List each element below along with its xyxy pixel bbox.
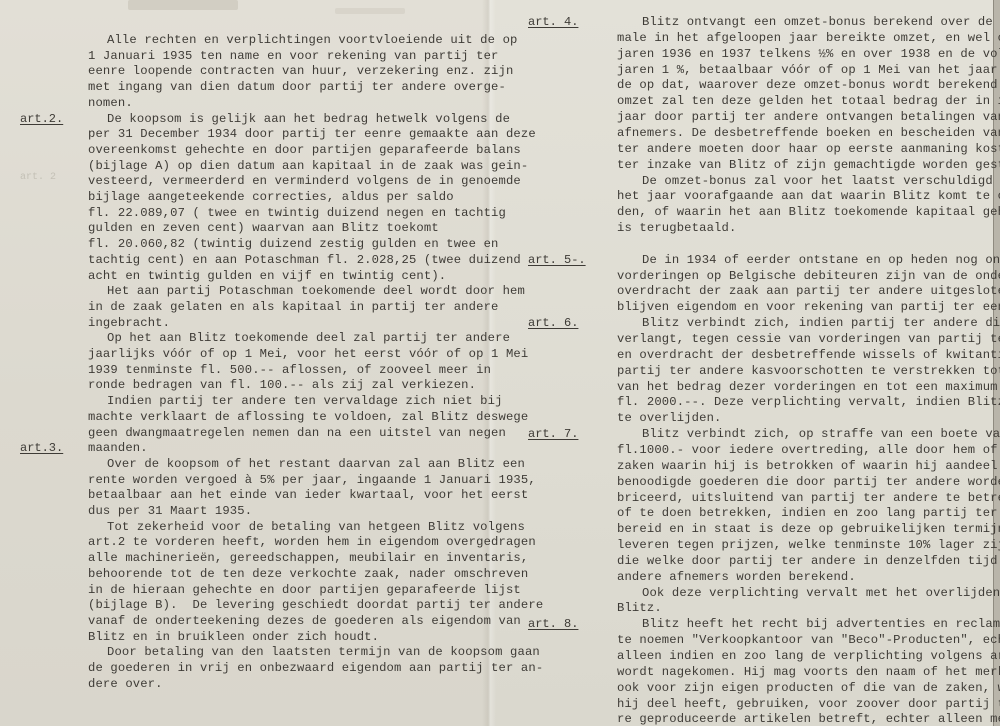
text-line: is terugbetaald.: [617, 222, 736, 234]
text-line: (bijlage B). De levering geschiedt doord…: [88, 599, 543, 611]
text-line: Tot zekerheid voor de betaling van hetge…: [107, 521, 525, 533]
article-label: art.2.: [20, 113, 63, 125]
text-line: eenre loopende contracten van huur, verz…: [88, 65, 513, 77]
text-line: ingebracht.: [88, 317, 170, 329]
text-line: te overlijden.: [617, 412, 722, 424]
text-line: vorderingen op Belgische debiteuren zijn…: [617, 270, 1000, 282]
text-line: alle machinerieën, gereedschappen, meubi…: [88, 552, 528, 564]
text-line: alleen indien en zoo lang de verplichtin…: [617, 650, 1000, 662]
text-line: Blitz heeft het recht bij advertenties e…: [642, 618, 1000, 630]
text-line: Over de koopsom of het restant daarvan z…: [107, 458, 525, 470]
text-line: van het bedrag dezer vorderingen en tot …: [617, 381, 1000, 393]
text-line: art.2 te vorderen heeft, worden hem in e…: [88, 536, 536, 548]
text-line: in de zaak gelaten en als kapitaal in pa…: [88, 301, 499, 313]
text-line: ter andere moeten door haar op eerste aa…: [617, 143, 1000, 155]
text-line: (bijlage A) op dien datum aan kapitaal i…: [88, 160, 528, 172]
text-line: rente worden vergoed à 5% per jaar, inga…: [88, 474, 536, 486]
text-line: Blitz.: [617, 602, 662, 614]
text-line: met ingang van dien datum door partij te…: [88, 81, 506, 93]
text-line: wordt nagekomen. Hij mag voorts den naam…: [617, 666, 1000, 678]
text-line: de goederen in vrij en onbezwaard eigend…: [88, 662, 543, 674]
text-line: benoodigde goederen die door partij ter …: [617, 476, 1000, 488]
article-label: art. 8.: [528, 618, 578, 630]
text-line: Blitz verbindt zich, op straffe van een …: [642, 428, 1000, 440]
text-line: ook voor zijn eigen producten of die van…: [617, 682, 1000, 694]
text-line: te noemen "Verkoopkantoor van "Beco"-Pro…: [617, 634, 1000, 646]
text-line: Alle rechten en verplichtingen voortvloe…: [107, 34, 518, 46]
article-label: art.3.: [20, 442, 63, 454]
text-line: en overdracht der desbetreffende wissels…: [617, 349, 1000, 361]
text-line: in de hieraan gehechte en door partijen …: [88, 584, 521, 596]
text-line: het jaar voorafgaande aan dat waarin Bli…: [617, 190, 1000, 202]
text-line: andere afnemers worden berekend.: [617, 571, 856, 583]
text-line: omzet zal ten deze gelden het totaal bed…: [617, 95, 1000, 107]
text-line: afnemers. De desbetreffende boeken en be…: [617, 127, 1000, 139]
text-line: partij ter andere kasvoorschotten te ver…: [617, 365, 1000, 377]
text-line: overeenkomst gehechte en door partijen g…: [88, 144, 521, 156]
ink-smudge: [128, 0, 238, 10]
text-line: fl. 22.089,07 ( twee en twintig duizend …: [88, 207, 506, 219]
text-line: ronde bedragen van fl. 100.-- als zij za…: [88, 379, 476, 391]
text-line: Indien partij ter andere ten vervaldage …: [107, 395, 503, 407]
text-line: Blitz verbindt zich, indien partij ter a…: [642, 317, 1000, 329]
ink-smudge: [335, 8, 405, 14]
text-line: jaarlijks vóór of op 1 Mei, voor het eer…: [88, 348, 528, 360]
article-label: art. 4.: [528, 16, 578, 28]
text-line: betaalbaar aan het einde van ieder kwart…: [88, 489, 528, 501]
text-line: jaar door partij ter andere ontvangen be…: [617, 111, 1000, 123]
text-line: vanaf de onderteekening dezes de goedere…: [88, 615, 521, 627]
text-line: re geproduceerde artikelen betreft, echt…: [617, 713, 1000, 725]
text-line: den, of waarin het aan Blitz toekomende …: [617, 206, 1000, 218]
text-line: jaren 1 %, betaalbaar vóór of op 1 Mei v…: [617, 64, 1000, 76]
text-line: nomen.: [88, 97, 133, 109]
text-line: acht en twintig gulden en vijf en twinti…: [88, 270, 446, 282]
margin-ghost-mark: art. 2: [20, 172, 56, 183]
text-line: verlangt, tegen cessie van vorderingen v…: [617, 333, 1000, 345]
article-label: art. 6.: [528, 317, 578, 329]
text-line: hij deel heeft, gebruiken, voor zoover d…: [617, 698, 1000, 710]
text-line: zaken waarin hij is betrokken of waarin …: [617, 460, 1000, 472]
article-label: art. 5-.: [528, 254, 586, 266]
text-line: Blitz ontvangt een omzet-bonus berekend …: [642, 16, 1000, 28]
text-line: gulden en zeven cent) waarvan aan Blitz …: [88, 222, 439, 234]
text-line: vesteerd, vermeerderd en verminderd volg…: [88, 175, 521, 187]
text-line: behoorende tot de ten deze verkochte zaa…: [88, 568, 528, 580]
text-line: bijlage aangeteekende correcties, aldus …: [88, 191, 454, 203]
text-line: 1 Januari 1935 ten name en voor rekening…: [88, 50, 499, 62]
text-line: Het aan partij Potaschman toekomende dee…: [107, 285, 525, 297]
text-line: Door betaling van den laatsten termijn v…: [107, 646, 540, 658]
text-line: dus per 31 Maart 1935.: [88, 505, 252, 517]
text-line: tachtig cent) en aan Potaschman fl. 2.02…: [88, 254, 521, 266]
text-line: De koopsom is gelijk aan het bedrag hetw…: [107, 113, 510, 125]
text-line: fl.1000.- voor iedere overtreding, alle …: [617, 444, 1000, 456]
text-line: bereid en in staat is deze op gebruikeli…: [617, 523, 1000, 535]
text-line: machte verklaart de aflossing te voldoen…: [88, 411, 528, 423]
text-line: male in het afgeloopen jaar bereikte omz…: [617, 32, 1000, 44]
text-line: jaren 1936 en 1937 telkens ½% en over 19…: [617, 48, 1000, 60]
text-line: Blitz en in bruikleen onder zich houdt.: [88, 631, 379, 643]
text-line: ter inzake van Blitz of zijn gemachtigde…: [617, 159, 1000, 171]
text-line: dere over.: [88, 678, 163, 690]
text-line: De omzet-bonus zal voor het laatst versc…: [642, 175, 1000, 187]
text-line: maanden.: [88, 442, 148, 454]
article-label: art. 7.: [528, 428, 578, 440]
text-line: de op dat, waarover deze omzet-bonus wor…: [617, 79, 1000, 91]
text-line: of te doen betrekken, indien en zoo lang…: [617, 507, 1000, 519]
text-line: Op het aan Blitz toekomende deel zal par…: [107, 332, 510, 344]
text-line: fl. 2000.--. Deze verplichting vervalt, …: [617, 396, 1000, 408]
text-line: die welke door partij ter andere in denz…: [617, 555, 1000, 567]
text-line: leveren tegen prijzen, welke tenminste 1…: [617, 539, 1000, 551]
text-line: blijven eigendom en voor rekening van pa…: [617, 301, 1000, 313]
text-line: geen dwangmaatregelen nemen dan na een u…: [88, 427, 506, 439]
text-line: De in 1934 of eerder ontstane en op hede…: [642, 254, 1000, 266]
text-line: 1939 tenminste fl. 500.-- aflossen, of z…: [88, 364, 491, 376]
text-line: overdracht der zaak aan partij ter ander…: [617, 285, 1000, 297]
text-line: briceerd, uitsluitend van partij ter and…: [617, 492, 1000, 504]
text-line: per 31 December 1934 door partij ter een…: [88, 128, 536, 140]
text-line: fl. 20.060,82 (twintig duizend zestig gu…: [88, 238, 499, 250]
text-line: Ook deze verplichting vervalt met het ov…: [642, 587, 1000, 599]
